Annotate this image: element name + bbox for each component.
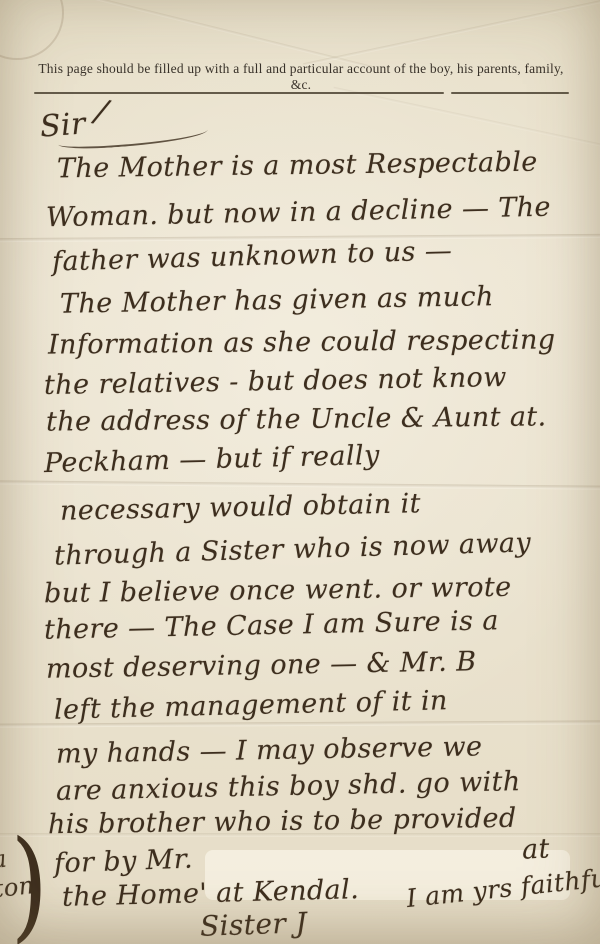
letter-line: left the management of it in: [54, 685, 448, 726]
letter-page: This page should be filled up with a ful…: [0, 0, 600, 944]
letter-line: the address of the Uncle & Aunt at.: [46, 401, 547, 437]
letter-line: his brother who is to be provided: [48, 803, 517, 841]
letter-line: father was unknown to us —: [52, 235, 453, 277]
letter-line: through a Sister who is now away: [54, 527, 532, 571]
letter-line: Peckham — but if really: [44, 440, 380, 479]
margin-note-fragment: ia: [0, 845, 9, 876]
letter-line: Information as she could respecting: [48, 324, 556, 360]
letter-line: my hands — I may observe we: [56, 731, 483, 769]
letter-line: The Mother has given as much: [60, 281, 494, 320]
printed-instruction: This page should be filled up with a ful…: [35, 61, 567, 93]
diagonal-crease: [64, 0, 375, 70]
fold-crease: [0, 480, 600, 489]
letter-line: the Home' at Kendal.: [62, 874, 360, 913]
diagonal-crease: [303, 0, 600, 66]
inserted-word: at: [521, 833, 550, 865]
signature: Sister J: [199, 906, 307, 943]
letter-line: most deserving one — & Mr. B: [46, 646, 477, 685]
pen-stroke: /: [92, 91, 111, 130]
diagonal-crease: [333, 87, 600, 156]
letter-line: for by Mr.: [54, 844, 194, 880]
letter-line: the relatives - but does not know: [44, 362, 507, 401]
corner-crease: [0, 0, 64, 60]
letter-line: but I believe once went. or wrote: [44, 572, 512, 610]
letter-line: Woman. but now in a decline — The: [46, 192, 551, 234]
letter-line: are anxious this boy shd. go with: [56, 766, 521, 807]
header-rule-right: [451, 92, 569, 94]
letter-line: The Mother is a most Respectable: [57, 147, 538, 185]
letter-line: there — The Case I am Sure is a: [44, 605, 499, 646]
letter-line: necessary would obtain it: [60, 488, 421, 527]
header-rule-left: [34, 92, 444, 94]
